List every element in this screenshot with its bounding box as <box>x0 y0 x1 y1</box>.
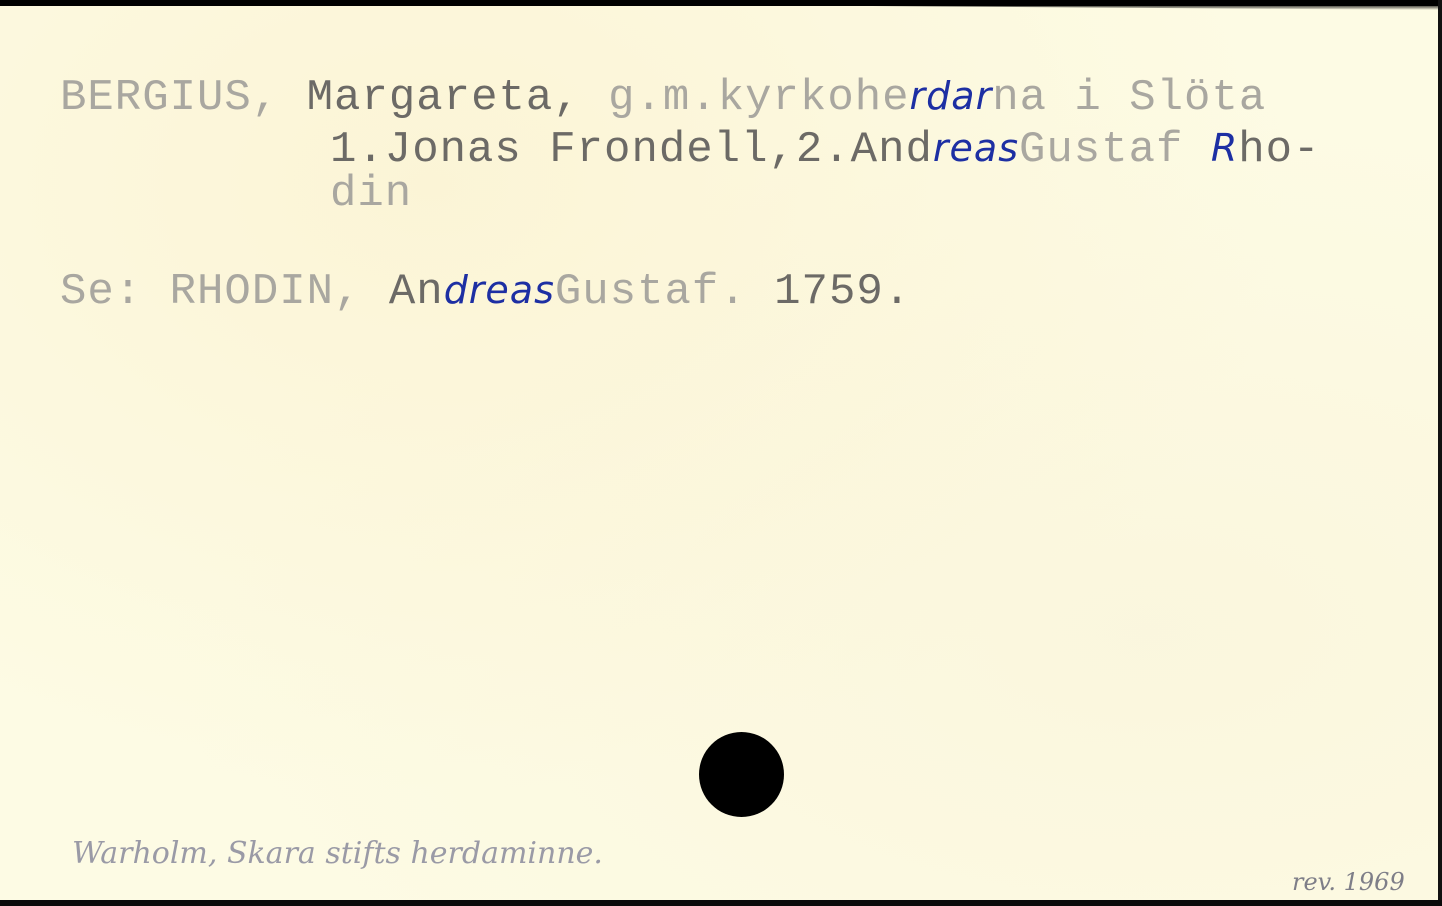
second-husband-end: ho- <box>1238 125 1320 175</box>
scan-edge-bottom <box>0 900 1442 906</box>
see-given-start: An <box>389 267 444 317</box>
heading-line-2: 1.Jonas Frondell,2.AndreasGustaf Rho- <box>330 128 1320 172</box>
see-also-line: Se: RHODIN, AndreasGustaf. 1759. <box>60 270 911 314</box>
heading-line-1: BERGIUS, Margareta, g.m.kyrkoherdarna i … <box>60 76 1266 120</box>
handwritten-correction: reas <box>933 126 1019 170</box>
punch-hole <box>699 732 784 817</box>
surname: BERGIUS, <box>60 73 279 123</box>
handwritten-correction: rdar <box>910 74 993 118</box>
handwritten-correction: dreas <box>444 268 555 312</box>
second-husband-middle: Gustaf <box>1019 125 1183 175</box>
see-label: Se: <box>60 267 142 317</box>
scan-edge-right <box>1438 0 1442 906</box>
given-name: Margareta, <box>307 73 581 123</box>
index-card: BERGIUS, Margareta, g.m.kyrkoherdarna i … <box>0 6 1438 901</box>
source-note: Warholm, Skara stifts herdaminne. <box>72 836 603 871</box>
title-text: g.m.kyrkohe <box>608 73 909 123</box>
parish-text: na i Slöta <box>992 73 1266 123</box>
second-husband-start: 2.And <box>796 125 933 175</box>
first-husband: 1.Jonas Frondell, <box>330 125 796 175</box>
heading-line-3: din <box>330 172 412 216</box>
handwritten-correction: R <box>1211 126 1238 170</box>
revision-note: rev. 1969 <box>1292 868 1405 896</box>
see-year: 1759. <box>774 267 911 317</box>
see-given-end: Gustaf. <box>555 267 747 317</box>
see-surname: RHODIN, <box>170 267 362 317</box>
